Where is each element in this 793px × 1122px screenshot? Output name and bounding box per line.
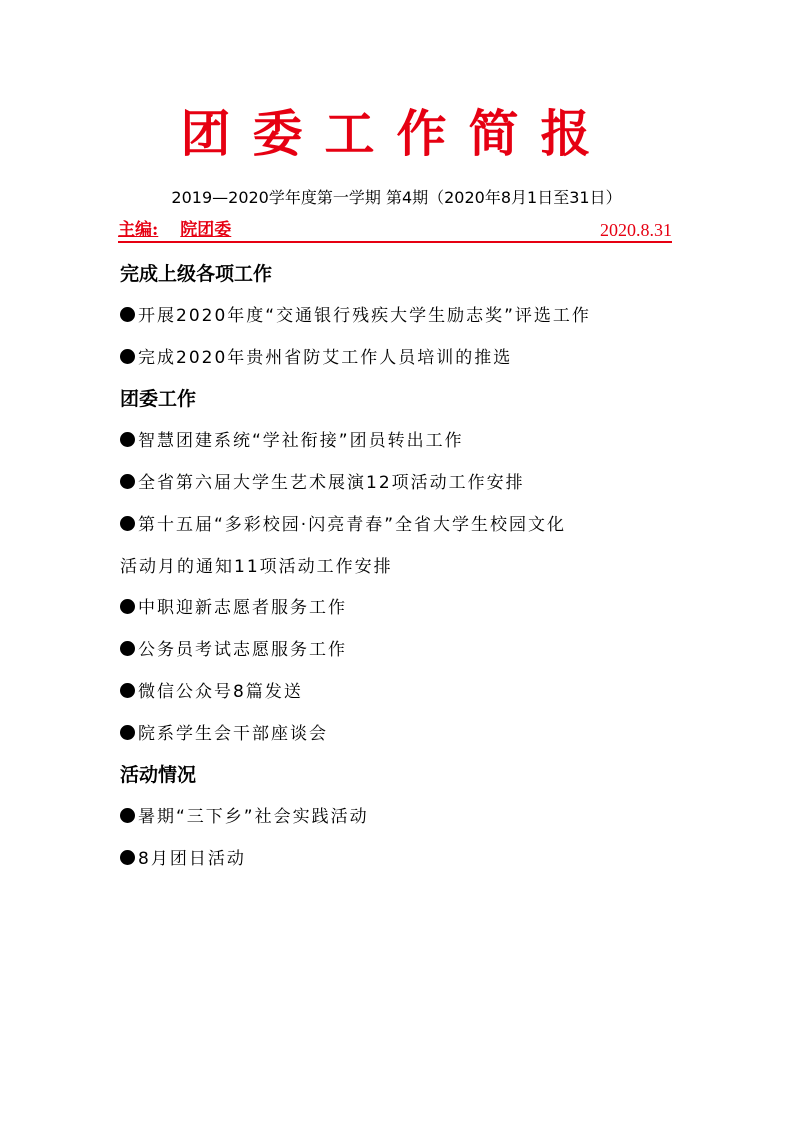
bullet-icon bbox=[120, 349, 135, 364]
bullet-icon bbox=[120, 599, 135, 614]
bullet-icon bbox=[120, 307, 135, 322]
issue-subtitle: 2019—2020学年度第一学期 第4期（2020年8月1日至31日） bbox=[0, 187, 793, 209]
bullet-icon bbox=[120, 432, 135, 447]
list-item-continuation: 活动月的通知11项活动工作安排 bbox=[120, 554, 393, 580]
list-item: 微信公众号8篇发送 bbox=[120, 679, 303, 705]
bullet-icon bbox=[120, 516, 135, 531]
list-item: 智慧团建系统“学社衔接”团员转出工作 bbox=[120, 428, 464, 454]
list-item: 暑期“三下乡”社会实践活动 bbox=[120, 804, 369, 830]
editor-label: 主编: bbox=[118, 220, 158, 240]
list-item: 8月团日活动 bbox=[120, 846, 246, 872]
section-heading: 活动情况 bbox=[120, 762, 196, 788]
editor-row: 主编:院团委 2020.8.31 bbox=[118, 219, 672, 243]
bullet-icon bbox=[120, 641, 135, 656]
bullet-icon bbox=[120, 808, 135, 823]
issue-date: 2020.8.31 bbox=[600, 219, 672, 241]
bullet-icon bbox=[120, 474, 135, 489]
editor-name: 院团委 bbox=[180, 220, 231, 240]
bullet-icon bbox=[120, 683, 135, 698]
bullet-icon bbox=[120, 850, 135, 865]
list-item: 公务员考试志愿服务工作 bbox=[120, 637, 347, 663]
list-item: 开展2020年度“交通银行残疾大学生励志奖”评选工作 bbox=[120, 303, 591, 329]
page-title: 团委工作简报 bbox=[0, 104, 793, 164]
section-heading: 完成上级各项工作 bbox=[120, 261, 272, 287]
list-item: 中职迎新志愿者服务工作 bbox=[120, 595, 347, 621]
document-page: 团委工作简报 2019—2020学年度第一学期 第4期（2020年8月1日至31… bbox=[0, 0, 793, 1122]
bullet-icon bbox=[120, 725, 135, 740]
list-item: 全省第六届大学生艺术展演12项活动工作安排 bbox=[120, 470, 525, 496]
list-item: 院系学生会干部座谈会 bbox=[120, 721, 328, 747]
section-heading: 团委工作 bbox=[120, 386, 196, 412]
list-item: 完成2020年贵州省防艾工作人员培训的推选 bbox=[120, 345, 512, 371]
editor-info: 主编:院团委 bbox=[118, 219, 231, 241]
list-item: 第十五届“多彩校园·闪亮青春”全省大学生校园文化 bbox=[120, 512, 566, 538]
